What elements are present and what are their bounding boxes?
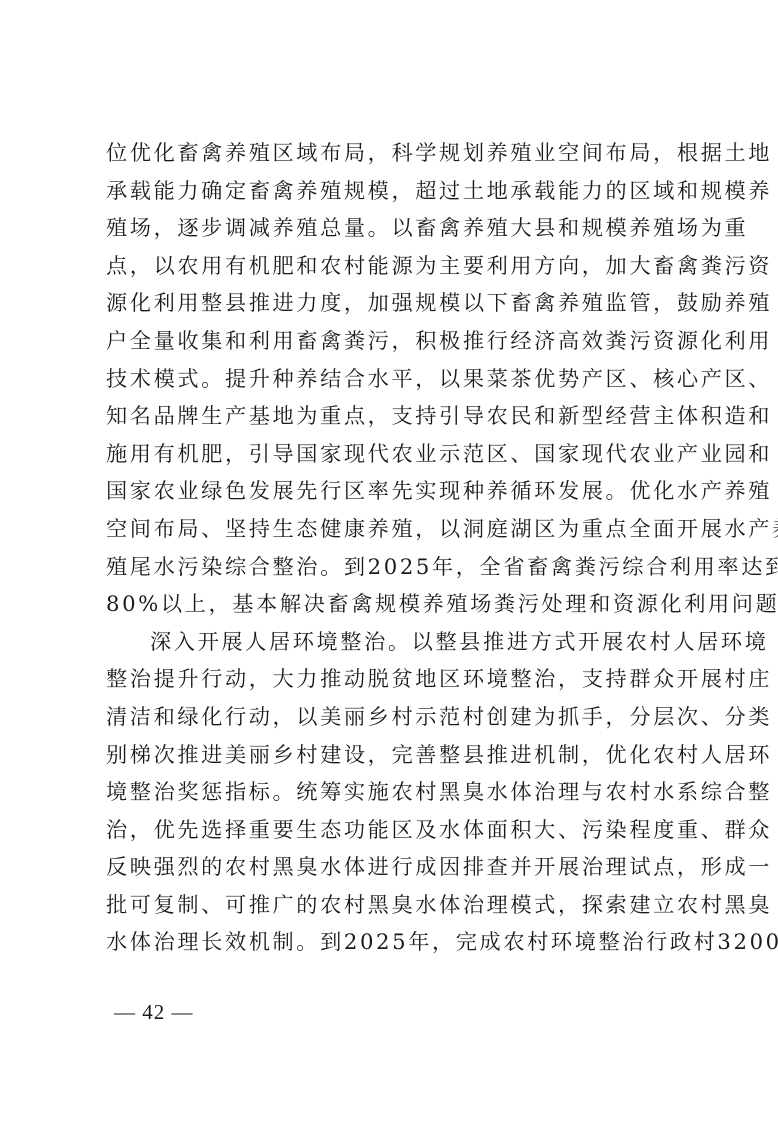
text-line: 境整治奖惩指标。统筹实施农村黑臭水体治理与农村水系综合整 — [106, 773, 686, 811]
text-line: 批可复制、可推广的农村黑臭水体治理模式，探索建立农村黑臭 — [106, 886, 686, 924]
document-page: 位优化畜禽养殖区域布局，科学规划养殖业空间布局，根据土地 承载能力确定畜禽养殖规… — [0, 0, 778, 1122]
text-line: 点，以农用有机肥和农村能源为主要利用方向，加大畜禽粪污资 — [106, 247, 686, 285]
text-line: 殖场，逐步调减养殖总量。以畜禽养殖大县和规模养殖场为重 — [106, 209, 686, 247]
text-line: 殖尾水污染综合整治。到2025年，全省畜禽粪污综合利用率达到 — [106, 548, 686, 586]
body-text: 位优化畜禽养殖区域布局，科学规划养殖业空间布局，根据土地 承载能力确定畜禽养殖规… — [106, 134, 686, 961]
text-line: 户全量收集和利用畜禽粪污，积极推行经济高效粪污资源化利用 — [106, 322, 686, 360]
text-line: 反映强烈的农村黑臭水体进行成因排查并开展治理试点，形成一 — [106, 848, 686, 886]
text-line: 整治提升行动，大力推动脱贫地区环境整治，支持群众开展村庄 — [106, 660, 686, 698]
text-line: 别梯次推进美丽乡村建设，完善整县推进机制，优化农村人居环 — [106, 736, 686, 774]
text-line: 施用有机肥，引导国家现代农业示范区、国家现代农业产业园和 — [106, 435, 686, 473]
text-line: 深入开展人居环境整治。以整县推进方式开展农村人居环境 — [106, 623, 686, 661]
text-line: 治，优先选择重要生态功能区及水体面积大、污染程度重、群众 — [106, 811, 686, 849]
paragraph-livestock-manure: 位优化畜禽养殖区域布局，科学规划养殖业空间布局，根据土地 承载能力确定畜禽养殖规… — [106, 134, 686, 623]
text-line: 国家农业绿色发展先行区率先实现种养循环发展。优化水产养殖 — [106, 472, 686, 510]
text-line: 承载能力确定畜禽养殖规模，超过土地承载能力的区域和规模养 — [106, 172, 686, 210]
text-line: 知名品牌生产基地为重点，支持引导农民和新型经营主体积造和 — [106, 397, 686, 435]
page-number: — 42 — — [114, 1000, 194, 1025]
text-line: 80%以上，基本解决畜禽规模养殖场粪污处理和资源化利用问题。 — [106, 585, 686, 623]
text-line: 清洁和绿化行动，以美丽乡村示范村创建为抓手，分层次、分类 — [106, 698, 686, 736]
text-line: 源化利用整县推进力度，加强规模以下畜禽养殖监管，鼓励养殖 — [106, 284, 686, 322]
text-line: 位优化畜禽养殖区域布局，科学规划养殖业空间布局，根据土地 — [106, 134, 686, 172]
text-line: 水体治理长效机制。到2025年，完成农村环境整治行政村3200 — [106, 923, 686, 961]
text-line: 技术模式。提升种养结合水平，以果菜茶优势产区、核心产区、 — [106, 360, 686, 398]
text-line: 空间布局、坚持生态健康养殖，以洞庭湖区为重点全面开展水产养 — [106, 510, 686, 548]
paragraph-living-environment: 深入开展人居环境整治。以整县推进方式开展农村人居环境 整治提升行动，大力推动脱贫… — [106, 623, 686, 961]
